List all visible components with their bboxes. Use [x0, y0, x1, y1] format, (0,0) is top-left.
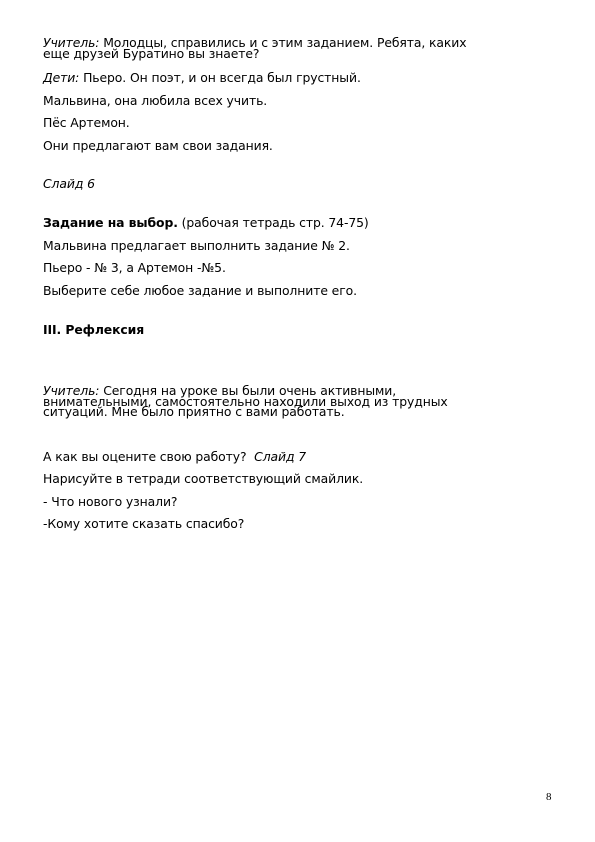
text-line-draw: Нарисуйте в тетради соответствующий смай…: [43, 471, 363, 486]
page-number: 8: [546, 791, 552, 803]
speaker-label: Дети:: [43, 70, 79, 85]
text-line-question-thanks: -Кому хотите сказать спасибо?: [43, 516, 244, 531]
text-line-task-malvina: Мальвина предлагает выполнить задание № …: [43, 238, 350, 253]
remark-text-cont: еще друзей Буратино вы знаете?: [43, 49, 543, 60]
children-answer: Дети: Пьеро. Он поэт, и он всегда был гр…: [43, 70, 361, 85]
task-choice-bold: Задание на выбор.: [43, 215, 178, 230]
section-heading-reflection: III. Рефлексия: [43, 322, 144, 337]
slide-6-label: Слайд 6: [43, 176, 95, 191]
evaluate-text: А как вы оцените свою работу?: [43, 449, 246, 464]
answer-text: Пьеро. Он поэт, и он всегда был грустный…: [79, 70, 361, 85]
text-line-question-new: - Что нового узнали?: [43, 494, 177, 509]
slide-7-label: Слайд 7: [254, 449, 306, 464]
teacher-remark-2: Учитель: Сегодня на уроке вы были очень …: [43, 386, 543, 418]
text-line-task-select: Выберите себе любое задание и выполните …: [43, 283, 357, 298]
evaluate-question: А как вы оцените свою работу? Слайд 7: [43, 449, 306, 464]
text-line-task-piero: Пьеро - № 3, а Артемон -№5.: [43, 260, 226, 275]
task-choice-heading: Задание на выбор. (рабочая тетрадь стр. …: [43, 215, 369, 230]
task-choice-note: (рабочая тетрадь стр. 74-75): [178, 215, 369, 230]
text-line-artemon: Пёс Артемон.: [43, 115, 130, 130]
remark-text-cont: ситуаций. Мне было приятно с вами работа…: [43, 407, 543, 418]
text-line-offer: Они предлагают вам свои задания.: [43, 138, 273, 153]
teacher-remark-1: Учитель: Молодцы, справились и с этим за…: [43, 38, 543, 59]
text-line-malvina: Мальвина, она любила всех учить.: [43, 93, 267, 108]
